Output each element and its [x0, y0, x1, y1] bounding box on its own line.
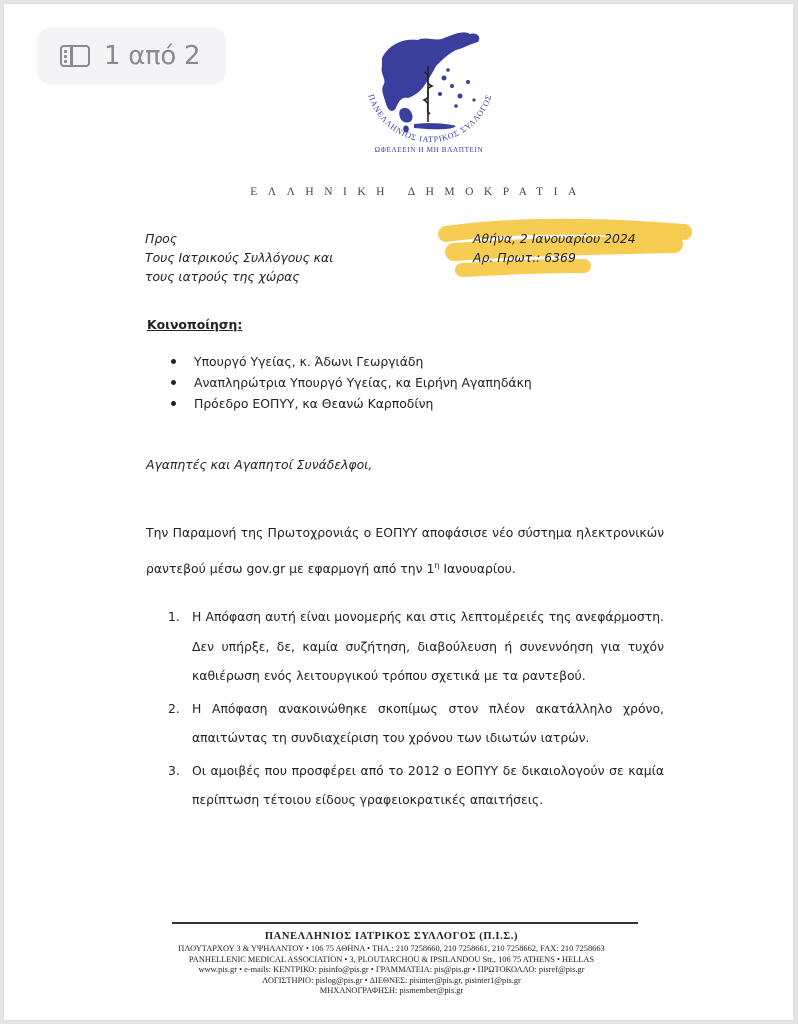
list-item: Υπουργό Υγείας, κ. Άδωνι Γεωργιάδη [169, 351, 532, 372]
item-number: 1. [168, 602, 180, 632]
footer-line: ΠΛΟΥΤΑΡΧΟΥ 3 & ΥΨΗΛΑΝΤΟΥ • 106 75 ΑΘΗΝΑ … [4, 944, 779, 955]
footer-line: ΛΟΓΙΣΤΗΡΙΟ: pislog@pis.gr • ΔΙΕΘΝΕΣ: pis… [4, 976, 779, 987]
intro-paragraph: Την Παραμονή της Πρωτοχρονιάς ο ΕΟΠΥΥ απ… [146, 516, 664, 585]
date-block: Αθήνα, 2 Ιανουαρίου 2024 Αρ. Πρωτ.: 6369 [473, 229, 636, 267]
page-indicator-label: 1 από 2 [104, 41, 200, 71]
footer-org-name: ΠΑΝΕΛΛΗΝΙΟΣ ΙΑΤΡΙΚΟΣ ΣΥΛΛΟΓΟΣ (Π.Ι.Σ.) [4, 930, 779, 944]
list-item: 2.Η Απόφαση ανακοινώθηκε σκοπίμως στον π… [168, 694, 664, 753]
footer: ΠΑΝΕΛΛΗΝΙΟΣ ΙΑΤΡΙΚΟΣ ΣΥΛΛΟΓΟΣ (Π.Ι.Σ.) Π… [4, 930, 793, 997]
sidebar-icon[interactable] [60, 45, 90, 67]
association-logo: ΠΑΝΕΛΛΗΝΙΟΣ ΙΑΤΡΙΚΟΣ ΣΥΛΛΟΓΟΣ ΩΦΕΛΕΕΙΝ Η… [344, 26, 514, 156]
page-indicator[interactable]: 1 από 2 [37, 27, 226, 85]
recipient-line: Προς [145, 229, 333, 248]
protocol-number: Αρ. Πρωτ.: 6369 [473, 248, 636, 267]
salutation: Αγαπητές και Αγαπητοί Συνάδελφοι, [146, 457, 372, 472]
recipient-line: τους ιατρούς της χώρας [145, 267, 333, 286]
footer-line: ΜΗΧΑΝΟΓΡΑΦΗΣΗ: pismember@pis.gr [4, 986, 779, 997]
recipient-block: Προς Τους Ιατρικούς Συλλόγους και τους ι… [145, 229, 333, 286]
logo-motto: ΩΦΕΛΕΕΙΝ Η ΜΗ ΒΛΑΠΤΕΙΝ [375, 146, 484, 154]
republic-heading: ΕΛΛΗΝΙΚΗ ΔΗΜΟΚΡΑΤΙΑ [4, 186, 793, 198]
points-list: 1.Η Απόφαση αυτή είναι μονομερής και στι… [168, 602, 664, 818]
list-item: Πρόεδρο ΕΟΠΥΥ, κα Θεανώ Καρποδίνη [169, 393, 532, 414]
recipient-line: Τους Ιατρικούς Συλλόγους και [145, 248, 333, 267]
list-item: Αναπληρώτρια Υπουργό Υγείας, κα Ειρήνη Α… [169, 372, 532, 393]
notification-title: Κοινοποίηση: [147, 317, 242, 332]
document-date: Αθήνα, 2 Ιανουαρίου 2024 [473, 229, 636, 248]
item-text: Οι αμοιβές που προσφέρει από το 2012 ο Ε… [192, 763, 664, 808]
item-text: Η Απόφαση αυτή είναι μονομερής και στις … [192, 609, 664, 683]
footer-line: PANHELLENIC MEDICAL ASSOCIATION • 3, PLO… [4, 955, 779, 966]
item-number: 3. [168, 756, 180, 786]
footer-line: www.pis.gr • e-mails: ΚΕΝΤΡΙΚΟ: pisinfo@… [4, 965, 779, 976]
intro-text: Την Παραμονή της Πρωτοχρονιάς ο ΕΟΠΥΥ απ… [146, 525, 664, 576]
intro-text-end: Ιανουαρίου. [439, 561, 515, 576]
document-page[interactable]: ΠΑΝΕΛΛΗΝΙΟΣ ΙΑΤΡΙΚΟΣ ΣΥΛΛΟΓΟΣ ΩΦΕΛΕΕΙΝ Η… [4, 4, 793, 1020]
list-item: 1.Η Απόφαση αυτή είναι μονομερής και στι… [168, 602, 664, 691]
item-number: 2. [168, 694, 180, 724]
list-item: 3.Οι αμοιβές που προσφέρει από το 2012 ο… [168, 756, 664, 815]
footer-divider [172, 922, 638, 924]
document-viewer: ΠΑΝΕΛΛΗΝΙΟΣ ΙΑΤΡΙΚΟΣ ΣΥΛΛΟΓΟΣ ΩΦΕΛΕΕΙΝ Η… [0, 0, 798, 1024]
item-text: Η Απόφαση ανακοινώθηκε σκοπίμως στον πλέ… [192, 701, 664, 746]
notification-list: Υπουργό Υγείας, κ. Άδωνι Γεωργιάδη Αναπλ… [169, 351, 532, 414]
